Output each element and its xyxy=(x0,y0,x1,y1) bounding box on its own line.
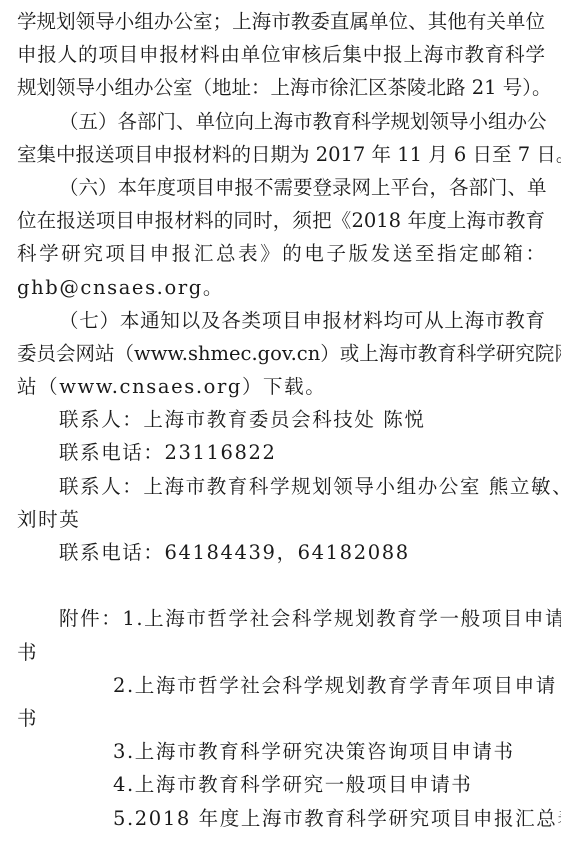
email-address: ghb@cnsaes.org。 xyxy=(17,271,545,304)
contact-label: 联系人： xyxy=(59,408,143,431)
attachment-item-3: 3.上海市教育科学研究决策咨询项目申请书 xyxy=(17,735,545,768)
contact-label: 联系人： xyxy=(59,475,143,498)
body-line: 申报人的项目申报材料由单位审核后集中报上海市教育科学 xyxy=(17,38,545,71)
section-seven-line: （七）本通知以及各类项目申报材料均可从上海市教育 xyxy=(17,304,545,337)
body-line: 委员会网站（www.shmec.gov.cn）或上海市教育科学研究院网 xyxy=(17,337,545,370)
attachment-item-1-continuation: 书 xyxy=(17,636,545,669)
attachment-item-2: 2.上海市哲学社会科学规划教育学青年项目申请 xyxy=(17,669,545,702)
section-five-line: （五）各部门、单位向上海市教育科学规划领导小组办公 xyxy=(17,105,545,138)
attachment-item-2-continuation: 书 xyxy=(17,702,545,735)
contact-person-1: 联系人：上海市教育委员会科技处 陈悦 xyxy=(17,403,545,436)
contact-person-2: 联系人：上海市教育科学规划领导小组办公室 熊立敏、 xyxy=(17,470,545,503)
contact-label: 联系电话： xyxy=(59,541,165,564)
contact-value: 上海市教育科学规划领导小组办公室 熊立敏、 xyxy=(143,475,561,498)
attachments-label: 附件： xyxy=(59,607,122,630)
attachment-text: 2.上海市哲学社会科学规划教育学青年项目申请 xyxy=(113,674,557,697)
body-line: 位在报送项目申报材料的同时，须把《2018 年度上海市教育 xyxy=(17,204,545,237)
body-line: 科学研究项目申报汇总表》的电子版发送至指定邮箱： xyxy=(17,237,545,270)
contact-phone-1: 联系电话：23116822 xyxy=(17,436,545,469)
attachment-item-5: 5.2018 年度上海市教育科学研究项目申报汇总表 xyxy=(17,802,545,835)
spacer xyxy=(17,569,545,602)
attachment-item-1: 附件：1.上海市哲学社会科学规划教育学一般项目申请 xyxy=(17,602,545,635)
contact-value: 上海市教育委员会科技处 陈悦 xyxy=(143,408,425,431)
document-page: 学规划领导小组办公室；上海市教委直属单位、其他有关单位 申报人的项目申报材料由单… xyxy=(17,5,545,835)
contact-label: 联系电话： xyxy=(59,441,165,464)
contact-value: 64184439，64182088 xyxy=(165,541,410,564)
body-line: 室集中报送项目申报材料的日期为 2017 年 11 月 6 日至 7 日。 xyxy=(17,138,545,171)
body-line: 规划领导小组办公室（地址：上海市徐汇区茶陵北路 21 号）。 xyxy=(17,71,545,104)
section-six-line: （六）本年度项目申报不需要登录网上平台，各部门、单 xyxy=(17,171,545,204)
contact-value: 23116822 xyxy=(165,441,277,464)
body-line: 学规划领导小组办公室；上海市教委直属单位、其他有关单位 xyxy=(17,5,545,38)
body-line: 站（www.cnsaes.org）下载。 xyxy=(17,370,545,403)
contact-person-2-continuation: 刘时英 xyxy=(17,503,545,536)
contact-phone-2: 联系电话：64184439，64182088 xyxy=(17,536,545,569)
attachment-text: 1.上海市哲学社会科学规划教育学一般项目申请 xyxy=(122,607,561,630)
attachment-item-4: 4.上海市教育科学研究一般项目申请书 xyxy=(17,768,545,801)
